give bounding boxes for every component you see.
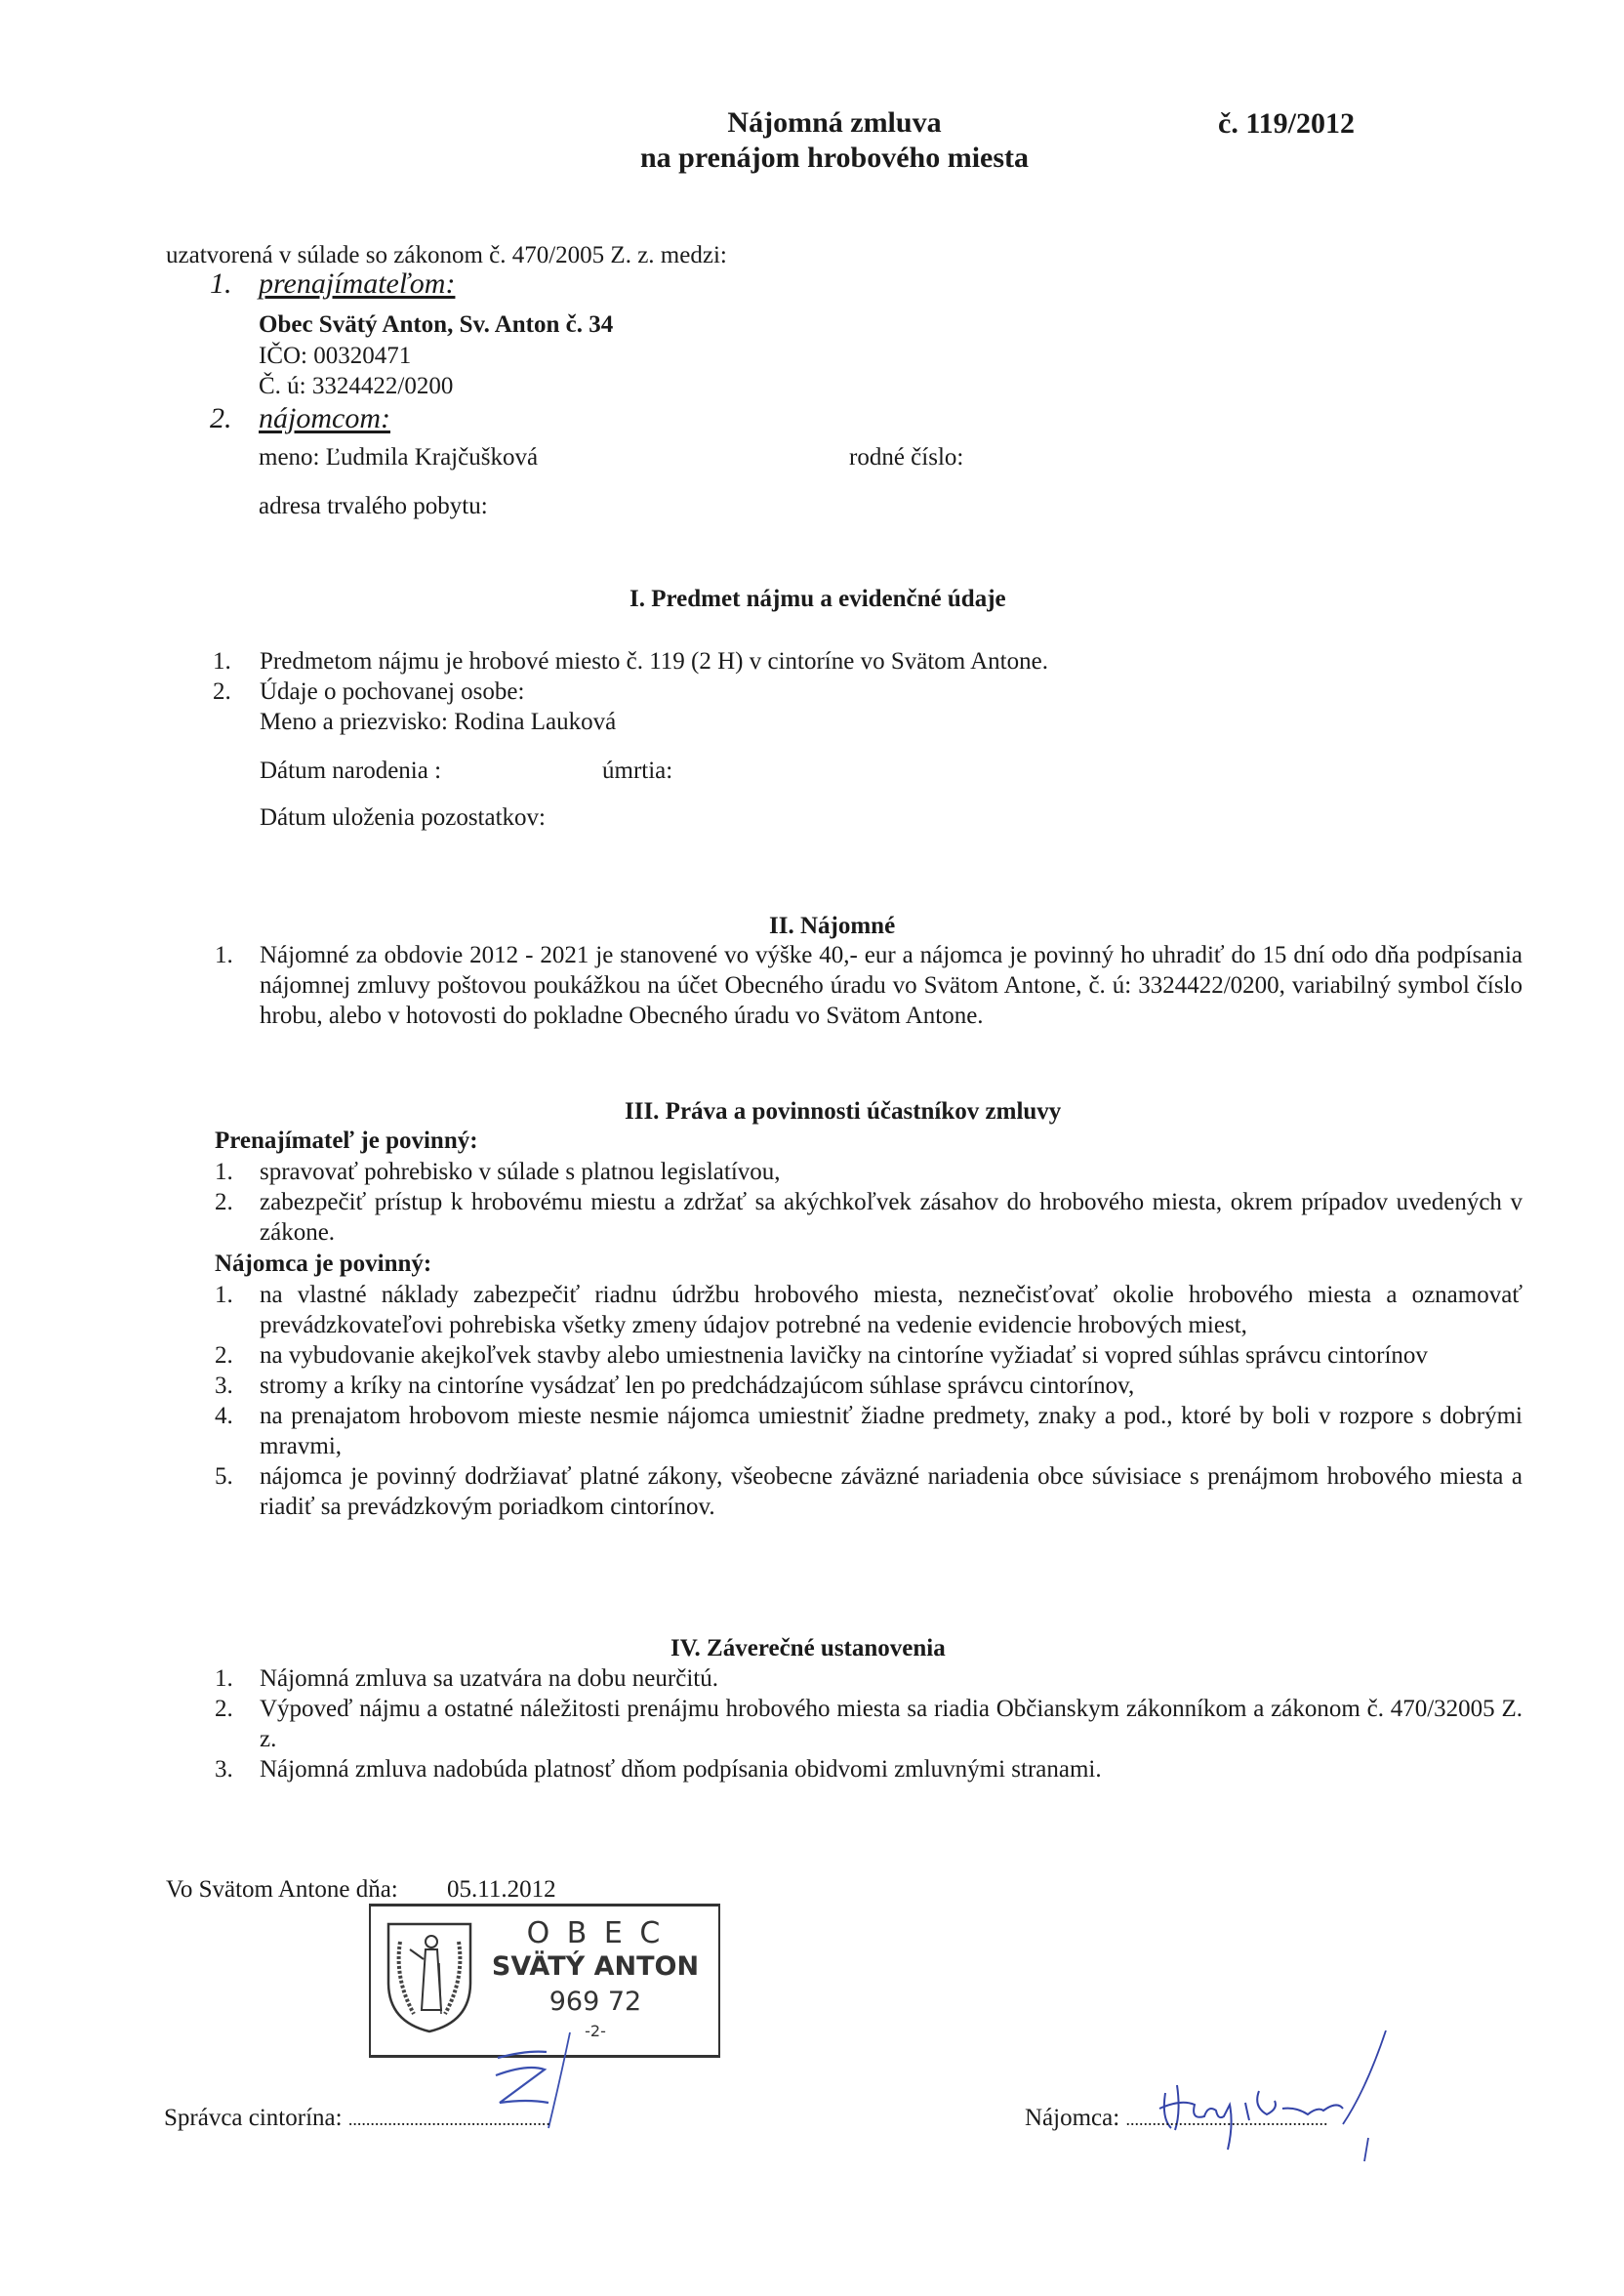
- tenant-duty-item: 1.na vlastné náklady zabezpečiť riadnu ú…: [215, 1280, 1522, 1340]
- burial-date-label: Dátum uloženia pozostatkov:: [260, 803, 546, 833]
- landlord-name-address: Obec Svätý Anton, Sv. Anton č. 34: [259, 310, 613, 340]
- signing-date: 05.11.2012: [447, 1875, 556, 1905]
- tenant-label: Nájomca: ...............................…: [1025, 2104, 1327, 2134]
- section-1-item-2: Údaje o pochovanej osobe:: [260, 677, 524, 707]
- stamp-line-3: 969 72: [478, 1987, 712, 2017]
- contract-number: č. 119/2012: [1218, 107, 1355, 141]
- tenant-duty-item: 4.na prenajatom hrobovom mieste nesmie n…: [215, 1401, 1522, 1461]
- tenant-name: meno: Ľudmila Krajčušková: [259, 443, 538, 472]
- section-2-heading: II. Nájomné: [769, 913, 895, 940]
- party-1-number: 1.: [210, 267, 232, 301]
- landlord-ico: IČO: 00320471: [259, 342, 411, 371]
- tenant-duties-list: 1.na vlastné náklady zabezpečiť riadnu ú…: [215, 1280, 1522, 1522]
- landlord-account: Č. ú: 3324422/0200: [259, 372, 453, 401]
- final-provision-item: 1.Nájomná zmluva sa uzatvára na dobu neu…: [215, 1663, 1522, 1694]
- tenant-birth-number-label: rodné číslo:: [849, 443, 963, 472]
- administrator-signature-line: ........................................…: [348, 2110, 550, 2129]
- tenant-duty-item: 5.nájomca je povinný dodržiavať platné z…: [215, 1461, 1522, 1522]
- title-line-2: na prenájom hrobového miesta: [542, 141, 1127, 176]
- section-2-item: 1.Nájomné za obdovie 2012 - 2021 je stan…: [215, 940, 1522, 1031]
- tenant-duty-item: 3.stromy a kríky na cintoríne vysádzať l…: [215, 1371, 1522, 1401]
- section-1-heading: I. Predmet nájmu a evidenčné údaje: [629, 586, 1006, 613]
- party-2-number: 2.: [210, 402, 232, 435]
- landlord-duty-item: 2.zabezpečiť prístup k hrobovému miestu …: [215, 1187, 1522, 1248]
- intro-text: uzatvorená v súlade so zákonom č. 470/20…: [166, 241, 727, 270]
- title-line-1: Nájomná zmluva: [542, 105, 1127, 141]
- section-1-item-1: Predmetom nájmu je hrobové miesto č. 119…: [260, 647, 1048, 676]
- coat-of-arms-icon: [385, 1920, 474, 2035]
- tenant-address-label: adresa trvalého pobytu:: [259, 492, 488, 521]
- tenant-duties-heading: Nájomca je povinný:: [215, 1250, 431, 1279]
- landlord-duties-list: 1.spravovať pohrebisko v súlade s platno…: [215, 1157, 1522, 1248]
- document-title: Nájomná zmluva na prenájom hrobového mie…: [542, 105, 1127, 176]
- section-2-list: 1.Nájomné za obdovie 2012 - 2021 je stan…: [215, 940, 1522, 1031]
- death-date-label: úmrtia:: [602, 757, 672, 786]
- landlord-duties-heading: Prenajímateľ je povinný:: [215, 1127, 478, 1156]
- party-2-label: nájomcom:: [259, 402, 390, 435]
- birth-date-label: Dátum narodenia :: [260, 757, 441, 786]
- landlord-duty-item: 1.spravovať pohrebisko v súlade s platno…: [215, 1157, 1522, 1187]
- tenant-signature-line: ........................................…: [1125, 2110, 1327, 2129]
- tenant-signature: [1152, 2030, 1405, 2167]
- stamp-line-2: SVÄTÝ ANTON: [478, 1951, 712, 1982]
- deceased-name: Meno a priezvisko: Rodina Lauková: [260, 708, 616, 737]
- final-provision-item: 2.Výpoveď nájmu a ostatné náležitosti pr…: [215, 1694, 1522, 1754]
- tenant-duty-item: 2.na vybudovanie akejkoľvek stavby alebo…: [215, 1340, 1522, 1371]
- section-3-heading: III. Práva a povinnosti účastníkov zmluv…: [625, 1098, 1061, 1126]
- section-4-list: 1.Nájomná zmluva sa uzatvára na dobu neu…: [215, 1663, 1522, 1784]
- section-1-item-2-number: 2.: [213, 677, 231, 707]
- section-4-heading: IV. Záverečné ustanovenia: [670, 1635, 946, 1662]
- stamp-line-1: O B E C: [478, 1916, 712, 1950]
- administrator-label: Správca cintorína: .....................…: [164, 2104, 550, 2134]
- party-1-label: prenajímateľom:: [259, 267, 455, 301]
- place-date-label: Vo Svätom Antone dňa:: [166, 1875, 398, 1905]
- section-1-item-1-number: 1.: [213, 647, 231, 676]
- final-provision-item: 3.Nájomná zmluva nadobúda platnosť dňom …: [215, 1754, 1522, 1784]
